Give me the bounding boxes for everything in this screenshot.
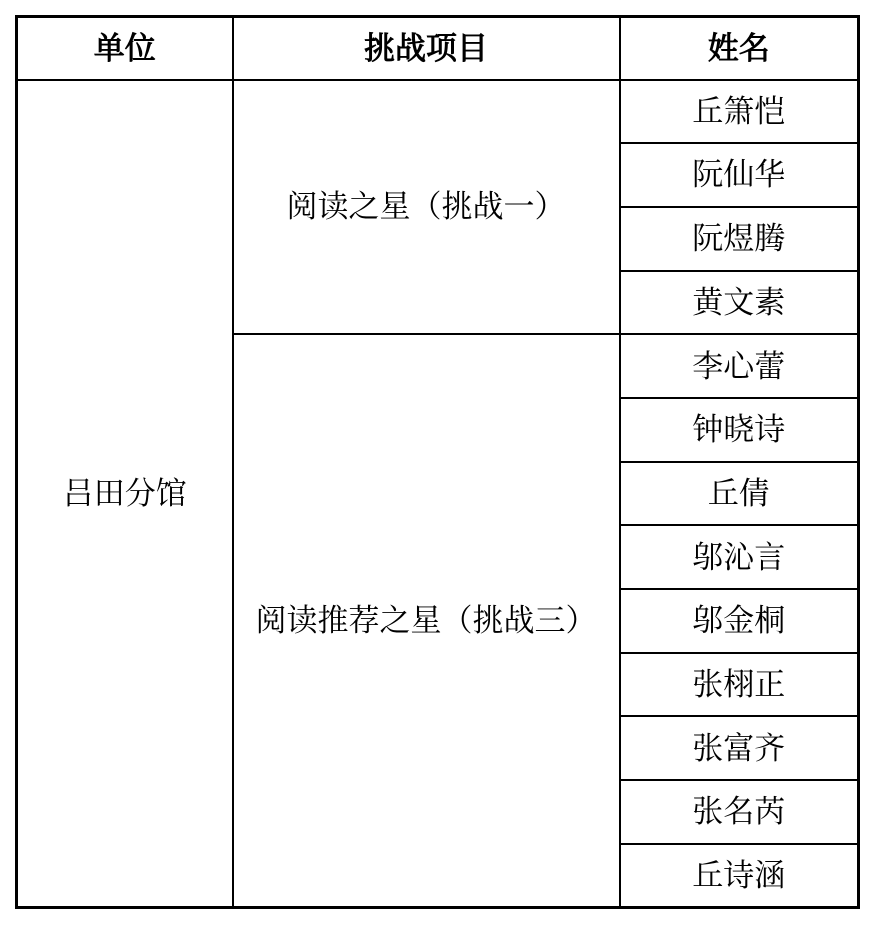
- header-cell-unit: 单位: [17, 17, 233, 80]
- header-cell-project: 挑战项目: [233, 17, 620, 80]
- name-cell: 丘倩: [620, 462, 859, 526]
- table-row: 吕田分馆 阅读之星（挑战一） 丘箫恺: [17, 80, 859, 144]
- name-cell: 阮仙华: [620, 143, 859, 207]
- name-cell: 丘箫恺: [620, 80, 859, 144]
- header-row: 单位 挑战项目 姓名: [17, 17, 859, 80]
- name-cell: 阮煜腾: [620, 207, 859, 271]
- document-page: 单位 挑战项目 姓名 吕田分馆 阅读之星（挑战一） 丘箫恺 阮仙华 阮煜腾 黄文…: [0, 0, 872, 928]
- unit-cell: 吕田分馆: [17, 80, 233, 908]
- award-roster-table: 单位 挑战项目 姓名 吕田分馆 阅读之星（挑战一） 丘箫恺 阮仙华 阮煜腾 黄文…: [15, 15, 860, 909]
- name-cell: 邬沁言: [620, 525, 859, 589]
- project-cell-challenge-3: 阅读推荐之星（挑战三）: [233, 334, 620, 907]
- name-cell: 张富齐: [620, 716, 859, 780]
- name-cell: 黄文素: [620, 271, 859, 335]
- name-cell: 李心蕾: [620, 334, 859, 398]
- name-cell: 邬金桐: [620, 589, 859, 653]
- name-cell: 钟晓诗: [620, 398, 859, 462]
- name-cell: 丘诗涵: [620, 844, 859, 908]
- name-cell: 张名芮: [620, 780, 859, 844]
- name-cell: 张栩正: [620, 653, 859, 717]
- project-cell-challenge-1: 阅读之星（挑战一）: [233, 80, 620, 335]
- header-cell-name: 姓名: [620, 17, 859, 80]
